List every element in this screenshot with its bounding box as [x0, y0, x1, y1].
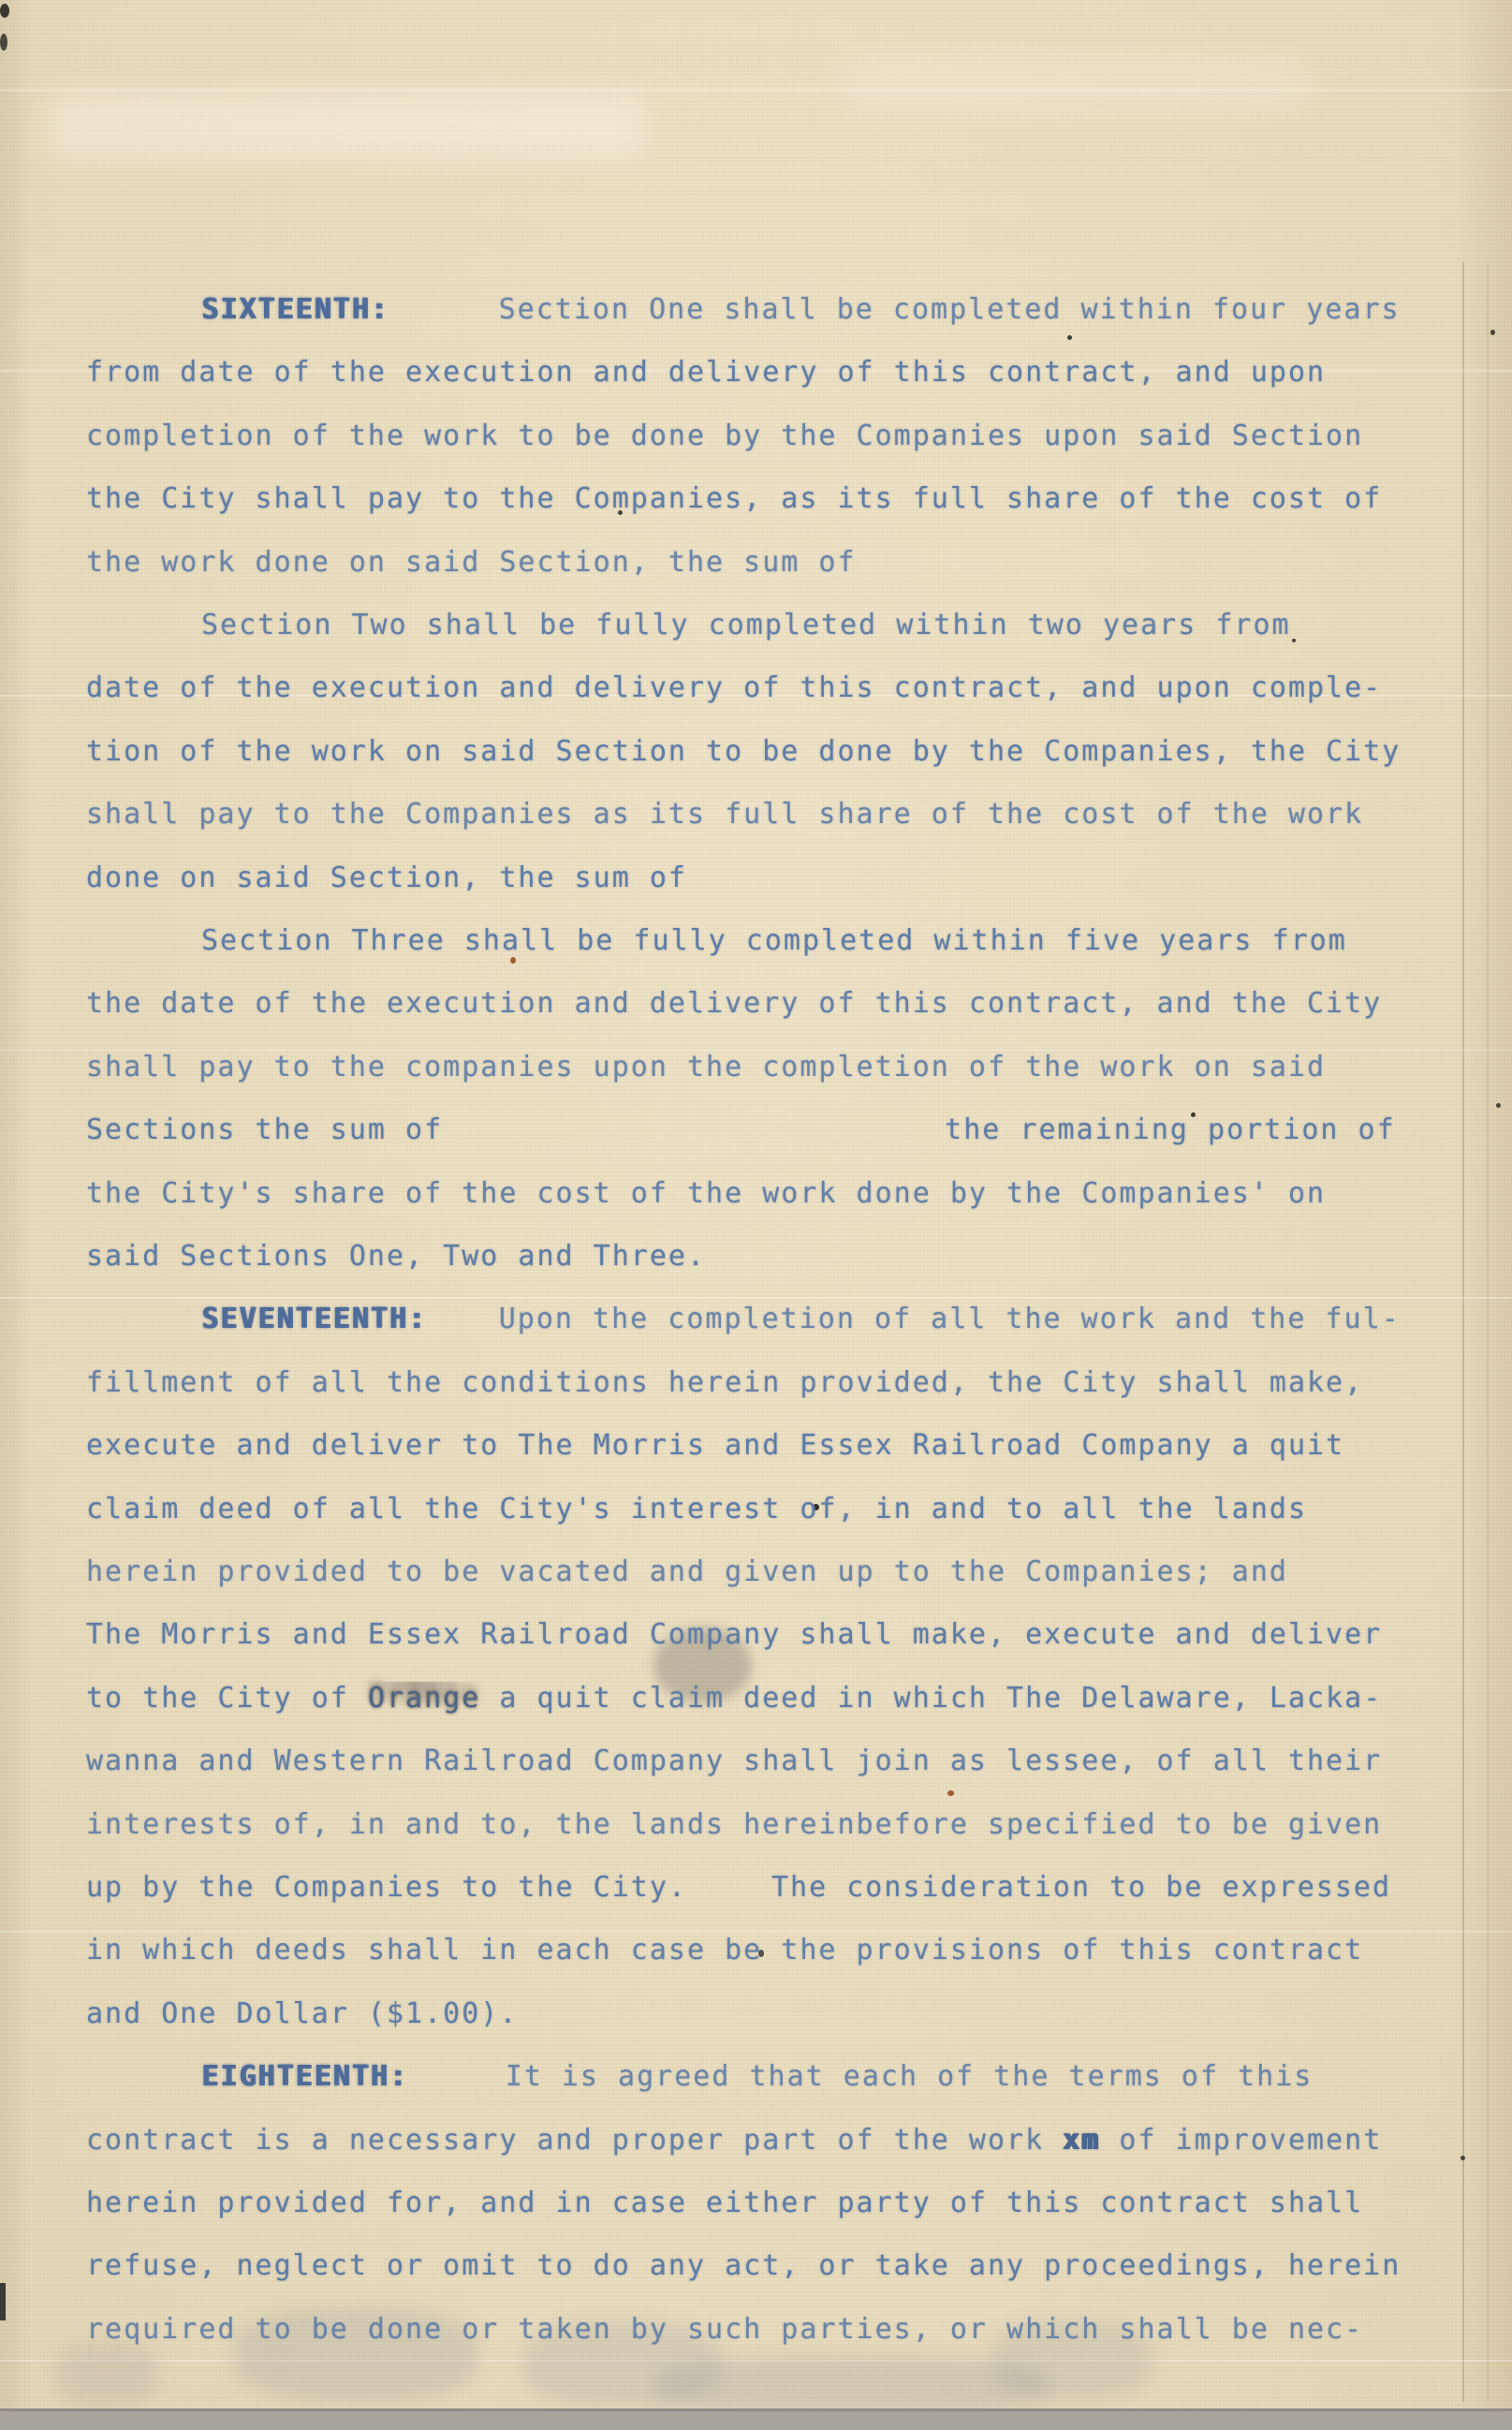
document-line: SEVENTEENTH:Upon the completion of all t…	[201, 1302, 1401, 1337]
typed-text: fillment of all the conditions herein pr…	[86, 1366, 1363, 1399]
document-line: in which deeds shall in each case be the…	[86, 1933, 1363, 1968]
typed-text: tion of the work on said Section to be d…	[86, 735, 1401, 768]
document-line: the City shall pay to the Companies, as …	[86, 481, 1382, 517]
document-line: to the City of Orange a quit claim deed …	[86, 1681, 1382, 1716]
typed-text: refuse, neglect or omit to do any act, o…	[86, 2249, 1401, 2282]
text-block: SIXTEENTH:Section One shall be completed…	[0, 0, 1512, 2430]
typed-text: wanna and Western Railroad Company shall…	[86, 1745, 1382, 1777]
typed-blank-space	[687, 1895, 771, 1896]
typed-text: Section Three shall be fully completed w…	[201, 924, 1347, 957]
document-line: required to be done or taken by such par…	[86, 2312, 1363, 2348]
typed-text: the City shall pay to the Companies, as …	[86, 482, 1382, 515]
document-line: SIXTEENTH:Section One shall be completed…	[201, 292, 1401, 328]
typed-text: herein provided to be vacated and given …	[86, 1555, 1288, 1588]
document-line: wanna and Western Railroad Company shall…	[86, 1744, 1382, 1779]
typed-blank-space	[427, 1327, 499, 1328]
document-line: contract is a necessary and proper part …	[86, 2123, 1382, 2158]
document-line: the date of the execution and delivery o…	[86, 986, 1382, 1022]
typed-text: in which deeds shall in each case be the…	[86, 1934, 1363, 1966]
typed-text: xm	[1063, 2124, 1100, 2157]
document-line: fillment of all the conditions herein pr…	[86, 1365, 1363, 1401]
typed-text: the work done on said Section, the sum o…	[86, 546, 857, 579]
document-line: Section Three shall be fully completed w…	[201, 923, 1347, 959]
typed-text: the remaining portion of	[945, 1113, 1395, 1146]
scanned-document-page: SIXTEENTH:Section One shall be completed…	[0, 0, 1512, 2430]
document-line: the City's share of the cost of the work…	[86, 1176, 1326, 1212]
document-line: execute and deliver to The Morris and Es…	[86, 1428, 1344, 1464]
typed-text: done on said Section, the sum of	[86, 862, 687, 894]
document-line: done on said Section, the sum of	[86, 861, 687, 896]
typed-text: claim deed of all the City's interest of…	[86, 1493, 1307, 1525]
document-line: The Morris and Essex Railroad Company sh…	[86, 1617, 1382, 1653]
scanner-bed-band	[0, 2408, 1512, 2430]
document-line: shall pay to the companies upon the comp…	[86, 1050, 1326, 1085]
typed-text: The Morris and Essex Railroad Company sh…	[86, 1618, 1382, 1651]
typed-text: the City's share of the cost of the work…	[86, 1177, 1326, 1210]
typed-text: The consideration to be expressed	[771, 1871, 1391, 1904]
typed-blank-space	[389, 317, 499, 318]
typed-text: a quit claim deed in which The Delaware,…	[480, 1682, 1382, 1715]
typed-text: shall pay to the Companies as its full s…	[86, 798, 1363, 831]
typed-text: contract is a necessary and proper part …	[86, 2124, 1063, 2157]
typed-text: of improvement	[1100, 2124, 1382, 2157]
typed-text: said Sections One, Two and Three.	[86, 1240, 706, 1273]
typed-text: interests of, in and to, the lands herei…	[86, 1808, 1382, 1841]
typed-text: Section One shall be completed within fo…	[499, 293, 1401, 326]
typed-text: Upon the completion of all the work and …	[499, 1303, 1401, 1335]
document-line: interests of, in and to, the lands herei…	[86, 1807, 1382, 1843]
document-line: said Sections One, Two and Three.	[86, 1239, 706, 1274]
document-line: EIGHTEENTH:It is agreed that each of the…	[201, 2059, 1313, 2095]
typed-text: up by the Companies to the City.	[86, 1871, 687, 1904]
typed-blank-space	[408, 2084, 506, 2085]
typed-text: shall pay to the companies upon the comp…	[86, 1051, 1326, 1083]
document-line: tion of the work on said Section to be d…	[86, 734, 1401, 770]
typed-text: execute and deliver to The Morris and Es…	[86, 1429, 1344, 1462]
typed-text: the date of the execution and delivery o…	[86, 987, 1382, 1020]
document-line: up by the Companies to the City.The cons…	[86, 1870, 1391, 1906]
document-line: herein provided for, and in case either …	[86, 2186, 1363, 2221]
typed-text: date of the execution and delivery of th…	[86, 671, 1382, 704]
document-line: and One Dollar ($1.00).	[86, 1996, 518, 2032]
document-line: refuse, neglect or omit to do any act, o…	[86, 2248, 1401, 2284]
typed-blank-space	[443, 1138, 945, 1139]
document-line: shall pay to the Companies as its full s…	[86, 797, 1363, 832]
typed-text: herein provided for, and in case either …	[86, 2187, 1363, 2219]
document-line: completion of the work to be done by the…	[86, 419, 1363, 454]
section-heading: EIGHTEENTH:	[201, 2060, 408, 2093]
typed-text: required to be done or taken by such par…	[86, 2313, 1363, 2346]
typed-text: Sections the sum of	[86, 1113, 443, 1146]
typed-text: and One Dollar ($1.00).	[86, 1997, 518, 2030]
section-heading: SEVENTEENTH:	[201, 1303, 427, 1335]
document-line: from date of the execution and delivery …	[86, 355, 1326, 390]
typed-text: from date of the execution and delivery …	[86, 356, 1326, 389]
document-line: date of the execution and delivery of th…	[86, 670, 1382, 706]
document-line: the work done on said Section, the sum o…	[86, 545, 857, 581]
document-line: herein provided to be vacated and given …	[86, 1554, 1288, 1590]
typed-text: to the City of	[86, 1682, 368, 1715]
document-line: claim deed of all the City's interest of…	[86, 1492, 1307, 1527]
document-line: Section Two shall be fully completed wit…	[201, 608, 1291, 643]
typed-text: Orange	[368, 1682, 480, 1715]
typed-text: It is agreed that each of the terms of t…	[506, 2060, 1314, 2093]
document-line: Sections the sum ofthe remaining portion…	[86, 1112, 1396, 1148]
section-heading: SIXTEENTH:	[201, 293, 389, 326]
typed-text: Section Two shall be fully completed wit…	[201, 609, 1291, 641]
typed-text: completion of the work to be done by the…	[86, 420, 1363, 452]
